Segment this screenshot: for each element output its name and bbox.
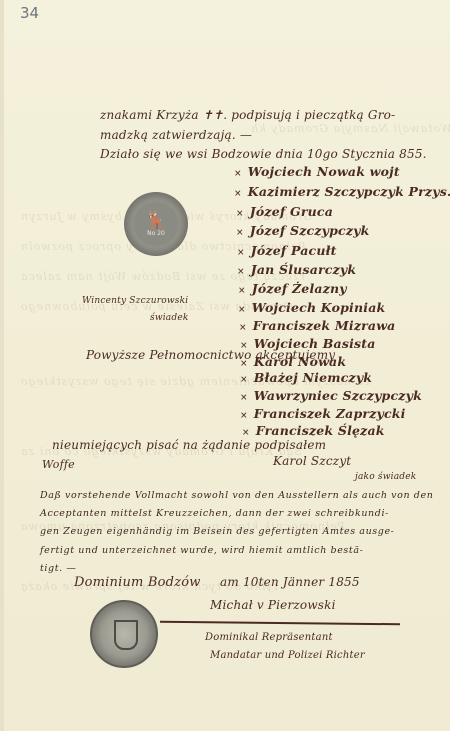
- signatory: ×Franciszek Ślęzak: [242, 423, 385, 438]
- shield-emblem-icon: [114, 620, 138, 650]
- signature-flourish: [160, 621, 400, 625]
- signatory: ×Błażej Niemczyk: [240, 370, 372, 385]
- german-text-line: fertigt und unterzeichnet wurde, wird hi…: [40, 545, 363, 556]
- acceptance-line: Powyższe Pełnomocnictwo akceptujemy: [86, 348, 335, 362]
- folio-number: 34: [20, 4, 39, 22]
- dominium-seal: [90, 600, 158, 668]
- signatory: ×Jan Ślusarczyk: [237, 262, 356, 277]
- signatory: ×Kazimierz Szczypczyk Przys.: [234, 184, 450, 199]
- bleed-through-text: Wotawaji Nasmyja Gromady kh: [250, 122, 450, 135]
- signatory: ×Józef Gruca: [236, 204, 333, 219]
- polish-text-line: madzką zatwierdzają. —: [100, 128, 252, 142]
- signatory: ×Wojciech Kopiniak: [238, 300, 385, 315]
- signatory: ×Wawrzyniec Szczypczyk: [240, 388, 422, 403]
- german-text-line: gen Zeugen eigenhändig im Beisein des ge…: [40, 526, 394, 537]
- village-seal: 🦌 No 20: [124, 192, 188, 256]
- page-edge: [0, 0, 4, 731]
- official-title: Mandatar und Polizei Richter: [210, 650, 365, 661]
- witness-signature-name: Karol Szczyt: [273, 454, 351, 468]
- german-text-line: tigt. —: [40, 563, 77, 574]
- signatory: ×Franciszek Mizrawa: [239, 318, 395, 333]
- polish-text-line: znakami Krzyża ✝✝. podpisują i pieczątką…: [100, 108, 395, 122]
- signatory: ×Józef Pacułt: [237, 243, 337, 258]
- official-title: Dominikal Repräsentant: [205, 632, 333, 643]
- margin-mark: Woffe: [42, 458, 75, 471]
- witness-role: świadek: [150, 313, 189, 323]
- polish-text-line: Działo się we wsi Bodzowie dnia 10go Sty…: [100, 147, 427, 161]
- witness-name: Wincenty Szczurowski: [82, 296, 188, 306]
- illiterate-note: nieumiejących pisać na żądanie podpisałe…: [52, 438, 326, 452]
- signatory: ×Józef Żelazny: [238, 281, 347, 296]
- dominium-place: Dominium Bodzów: [74, 575, 201, 590]
- deer-emblem-icon: 🦌: [145, 212, 167, 230]
- dominium-date: am 10ten Jänner 1855: [220, 575, 360, 589]
- witness-signature-role: jako świadek: [355, 472, 416, 482]
- german-text-line: Daß vorstehende Vollmacht sowohl von den…: [40, 490, 433, 501]
- seal-number: No 20: [147, 230, 165, 237]
- german-text-line: Acceptanten mittelst Kreuzzeichen, dann …: [40, 508, 389, 519]
- document-page: 34 Wotawaji Nasmyja Gromady kh Gromady k…: [0, 0, 450, 731]
- official-name: Michał v Pierzowski: [210, 598, 336, 612]
- signatory: ×Józef Szczypczyk: [236, 223, 369, 238]
- signatory: ×Franciszek Zaprzycki: [240, 406, 406, 421]
- signatory: ×Wojciech Nowak wojt: [234, 164, 400, 179]
